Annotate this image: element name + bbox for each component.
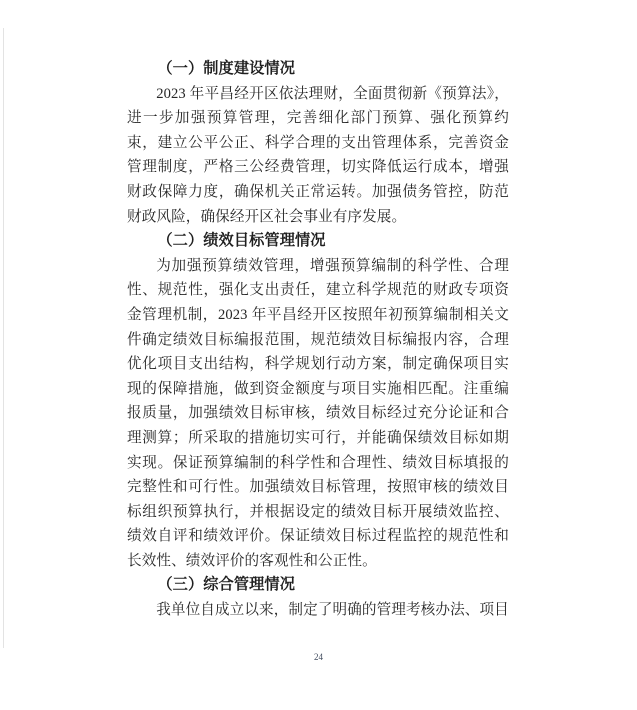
section-paragraph: 2023 年平昌经开区依法理财，全面贯彻新《预算法》，进一步加强预算管理，完善细… — [127, 82, 509, 230]
section-paragraph: 为加强预算绩效管理，增强预算编制的科学性、合理性、规范性，强化支出责任，建立科学… — [127, 254, 509, 574]
section-heading: （一）制度建设情况 — [127, 57, 509, 82]
section-paragraph: 我单位自成立以来，制定了明确的管理考核办法、项目 — [127, 598, 509, 623]
page-edge-line — [3, 28, 4, 648]
section-performance-target-management: （二）绩效目标管理情况 为加强预算绩效管理，增强预算编制的科学性、合理性、规范性… — [127, 229, 509, 573]
section-heading: （三）综合管理情况 — [127, 573, 509, 598]
document-page: （一）制度建设情况 2023 年平昌经开区依法理财，全面贯彻新《预算法》，进一步… — [0, 0, 637, 710]
document-content: （一）制度建设情况 2023 年平昌经开区依法理财，全面贯彻新《预算法》，进一步… — [127, 57, 509, 623]
section-system-construction: （一）制度建设情况 2023 年平昌经开区依法理财，全面贯彻新《预算法》，进一步… — [127, 57, 509, 229]
page-number: 24 — [0, 650, 637, 664]
section-comprehensive-management: （三）综合管理情况 我单位自成立以来，制定了明确的管理考核办法、项目 — [127, 573, 509, 622]
section-heading: （二）绩效目标管理情况 — [127, 229, 509, 254]
